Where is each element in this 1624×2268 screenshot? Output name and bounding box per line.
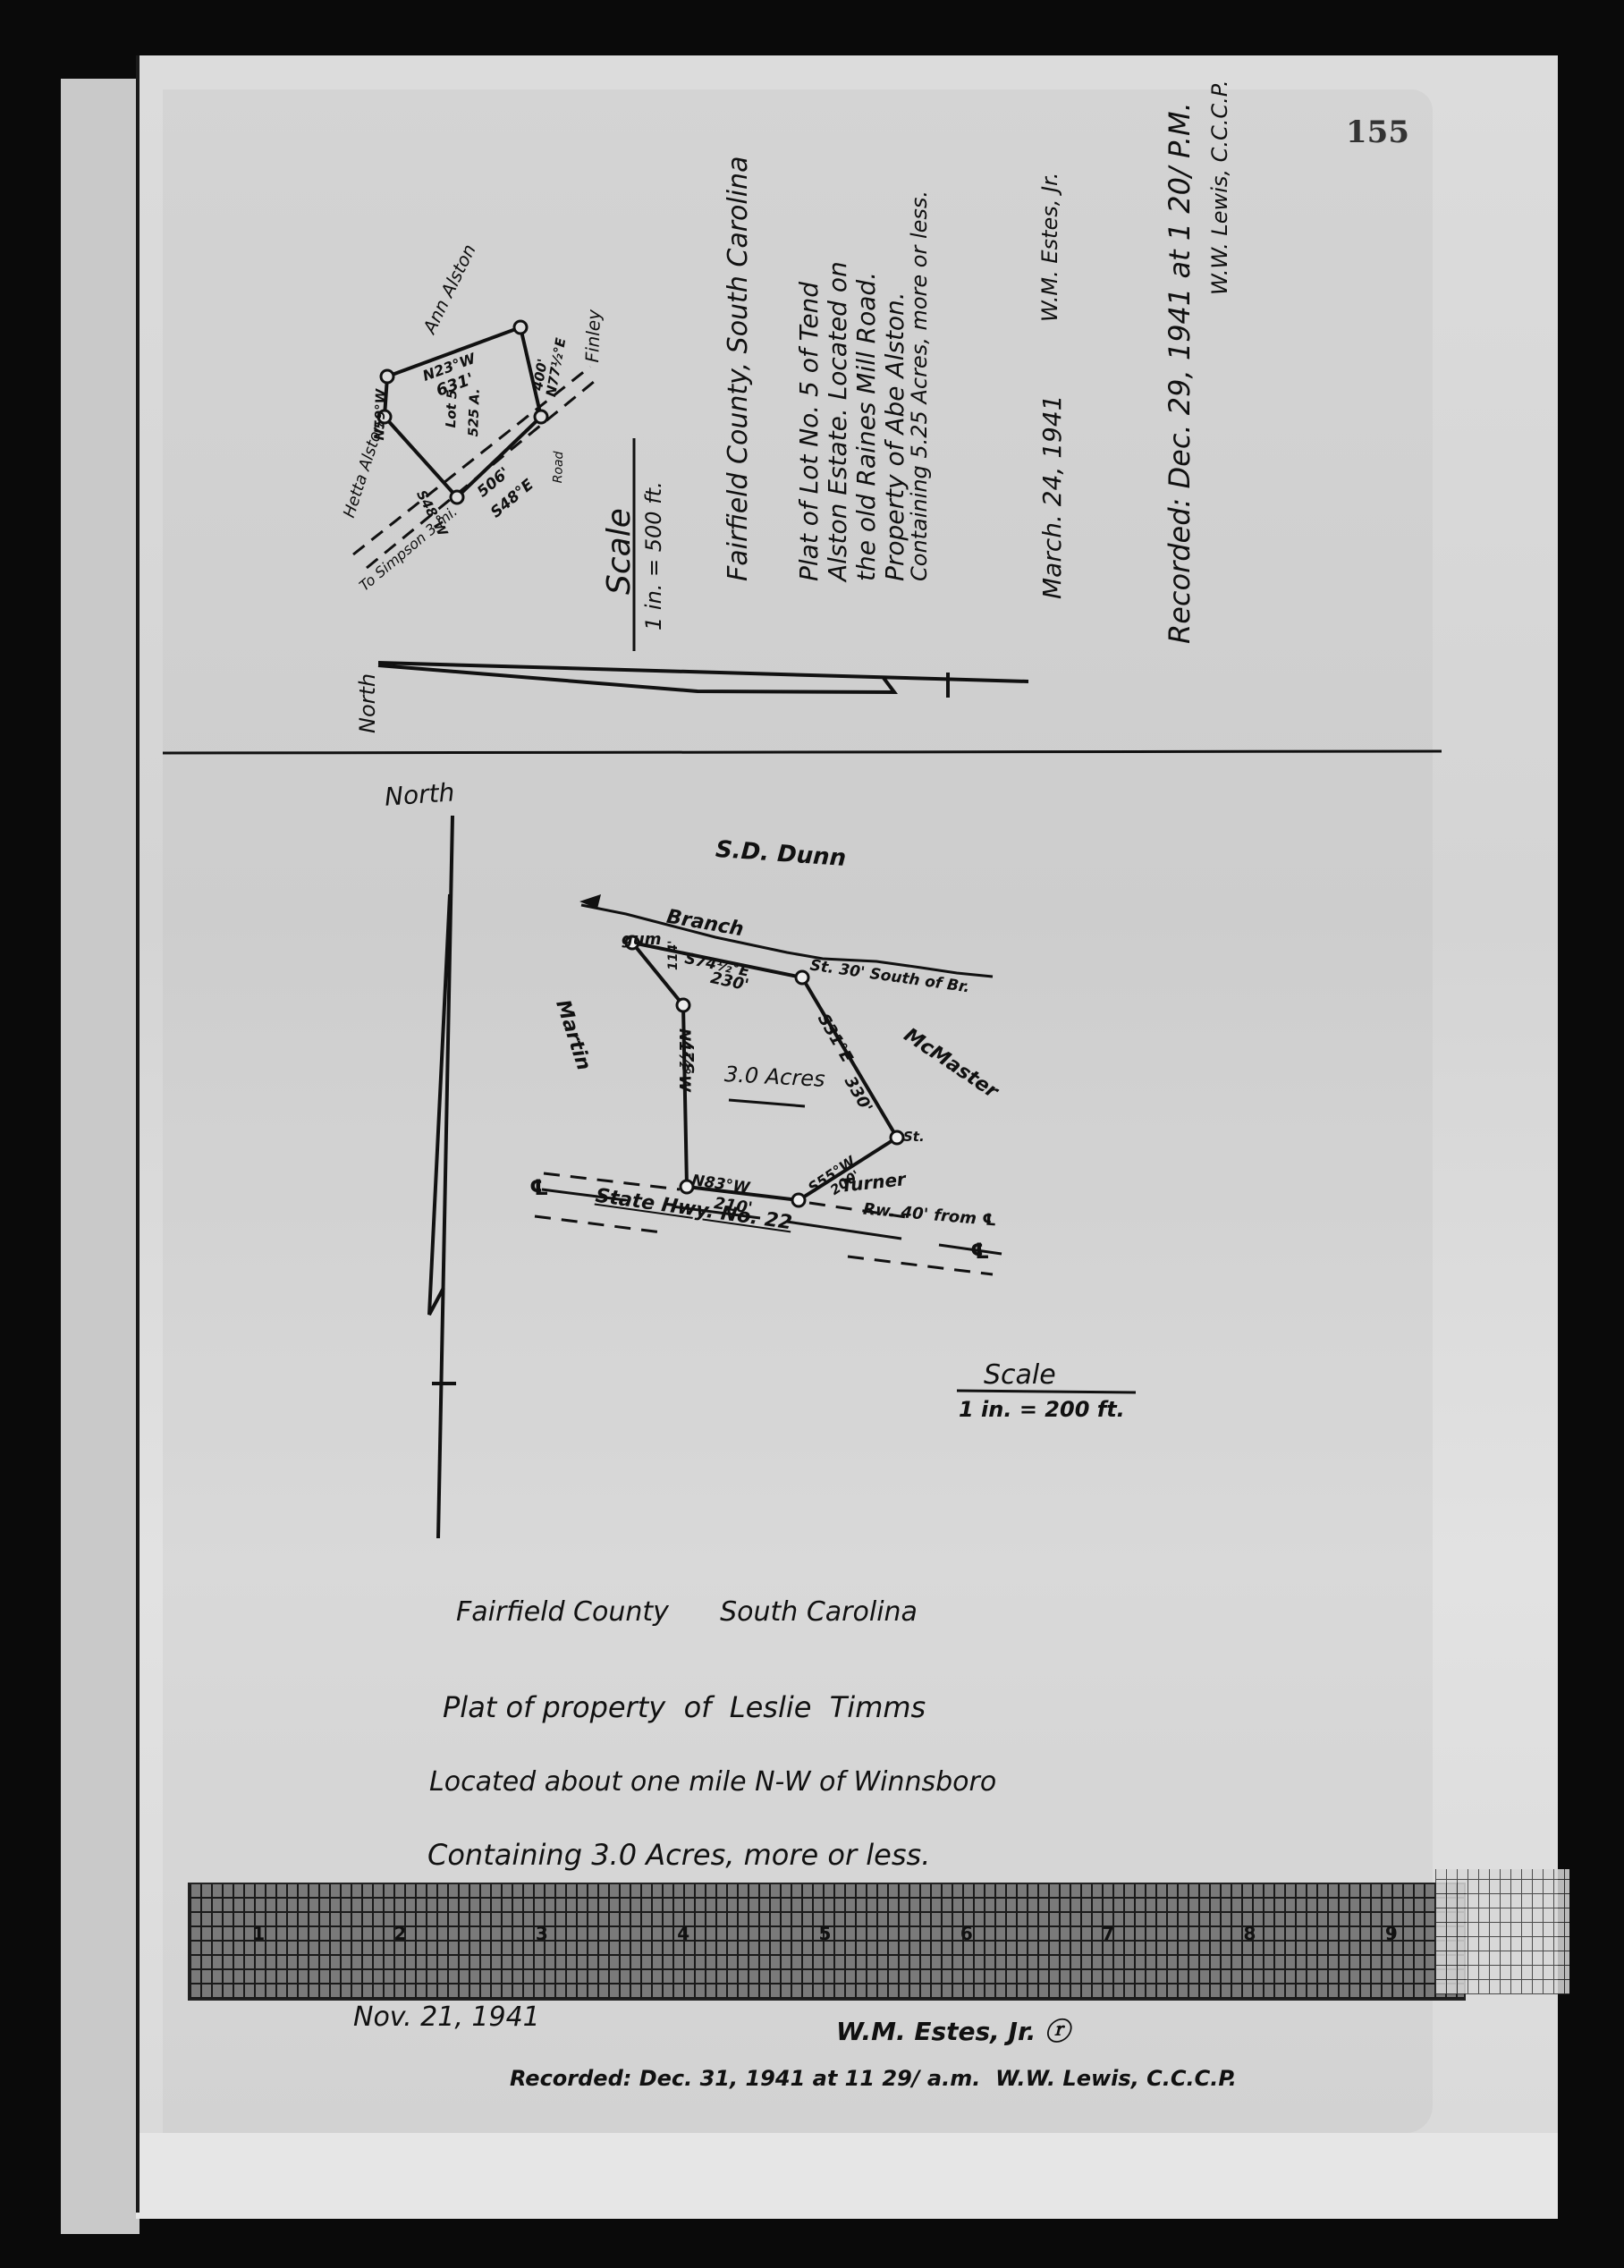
area-3-acres: 3.0 Acres	[723, 1062, 825, 1092]
top-title-line-2: Plat of Lot No. 5 of Tend	[794, 282, 824, 581]
ruler-number: 1	[252, 1923, 265, 1944]
bottom-scale-value: 1 in. = 200 ft.	[959, 1397, 1125, 1422]
top-north-label: North	[355, 673, 380, 733]
ruler-number: 8	[1244, 1923, 1256, 1944]
top-title-line-1: Fairfield County, South Carolina	[723, 157, 754, 581]
bottom-title-line-3: Located about one mile N-W of Winnsboro	[429, 1766, 996, 1798]
top-plat-clerk: W.W. Lewis, C.C.C.P.	[1207, 80, 1232, 295]
bottom-north-label: North	[384, 777, 455, 811]
top-plat-surveyor: W.M. Estes, Jr.	[1037, 173, 1062, 322]
top-scale-value: 1 in. = 500 ft.	[641, 481, 666, 630]
bottom-plat-recorded: Recorded: Dec. 31, 1941 at 11 29/ a.m. W…	[510, 2066, 1237, 2091]
top-title-line-5: Property of Abe Alston.	[880, 292, 909, 581]
ruler-numbers: 1 2 3 4 5 6 7 8 9	[188, 1923, 1462, 1944]
corner-st-east: St.	[903, 1129, 925, 1145]
ruler-number: 9	[1385, 1923, 1398, 1944]
bottom-title-line-4: Containing 3.0 Acres, more or less.	[427, 1838, 930, 1872]
bottom-plat-date: Nov. 21, 1941	[353, 2001, 540, 2033]
bottom-plat-surveyor: W.M. Estes, Jr. ⓡ	[836, 2012, 1070, 2048]
bottom-title-line-1: Fairfield County South Carolina	[456, 1596, 918, 1628]
ruler-number: 7	[1102, 1923, 1114, 1944]
bottom-scale-title: Scale	[984, 1359, 1056, 1391]
ruler-number: 3	[536, 1923, 548, 1944]
top-title-line-6: Containing 5.25 Acres, more or less.	[907, 190, 932, 581]
area-label: 525 A.	[465, 388, 483, 437]
bottom-title-line-2: Plat of property of Leslie Timms	[443, 1690, 926, 1724]
top-scale-title: Scale	[601, 508, 638, 595]
top-plat-recorded: Recorded: Dec. 29, 1941 at 1 20/ P.M.	[1163, 102, 1197, 644]
top-plat-date: March. 24, 1941	[1037, 395, 1067, 599]
centerline-symbol-east: ℄	[970, 1239, 990, 1264]
centerline-symbol-west: ℄	[529, 1175, 549, 1200]
ruler-number: 6	[960, 1923, 973, 1944]
adjoiner-east: Finley	[581, 309, 605, 363]
top-title-line-3: Alston Estate. Located on	[823, 261, 852, 581]
call-5: N59°W	[371, 389, 389, 441]
road-label: Road	[551, 451, 566, 483]
top-title-line-4: the old Raines Mill Road.	[851, 272, 881, 581]
corner-gum: gum	[622, 930, 661, 949]
ruler-number: 4	[677, 1923, 689, 1944]
lot-label: Lot 5	[443, 389, 460, 427]
call-n1w-distance: 327'	[680, 1035, 698, 1073]
ruler-number: 2	[394, 1923, 407, 1944]
call-114-distance: 114'	[666, 940, 681, 970]
ruler-number: 5	[819, 1923, 832, 1944]
